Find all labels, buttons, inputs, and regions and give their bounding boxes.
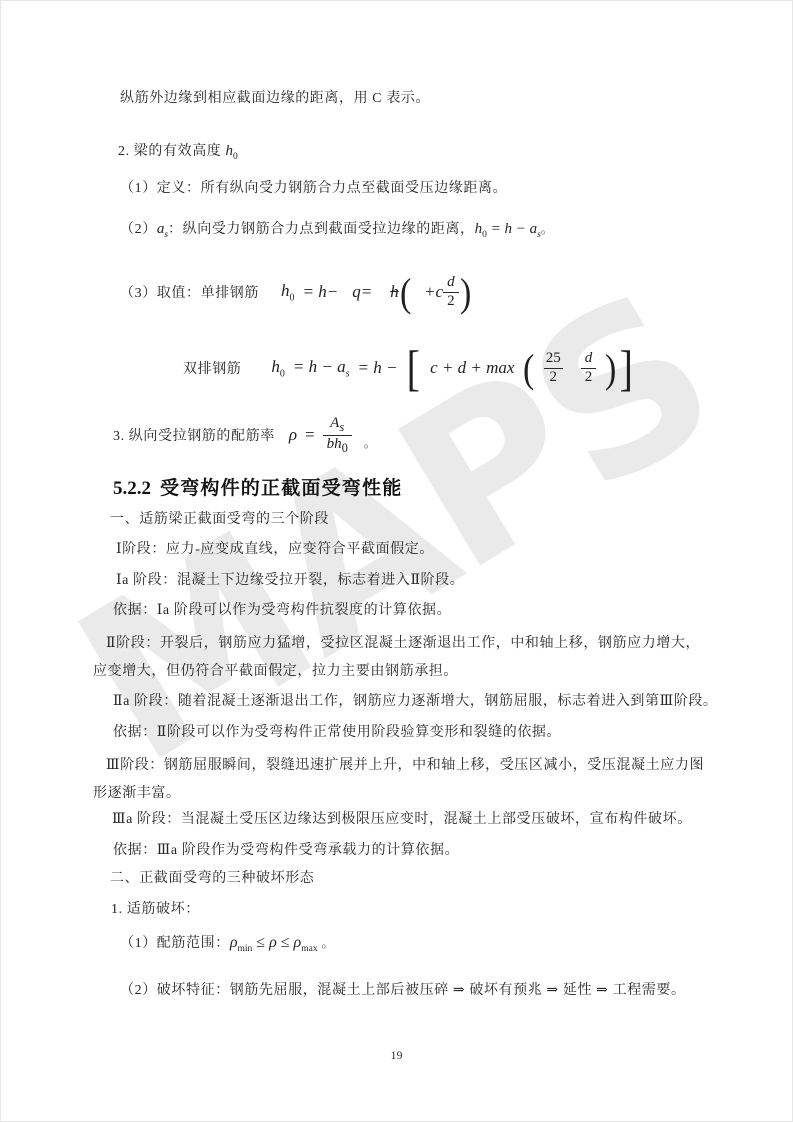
document-page: MAPS 纵筋外边缘到相应截面边缘的距离，用 C 表示。 2. 梁的有效高度 h…: [0, 0, 793, 1122]
paragraph-basis-3: 依据：Ⅲa 阶段作为受弯构件受弯承载力的计算依据。: [113, 841, 459, 861]
paragraph-stage-3a: Ⅲa 阶段：当混凝土受压区边缘达到极限压应变时，混凝土上部受压破坏，宣布构件破坏…: [112, 810, 692, 830]
paragraph-cover-distance: 纵筋外边缘到相应截面边缘的距离，用 C 表示。: [120, 89, 430, 109]
close-bracket: ]: [619, 339, 632, 397]
close-paren: ): [460, 269, 471, 316]
fraction-25-2: 252: [544, 350, 563, 386]
section-heading-5-2-2: 5.2.2受弯构件的正截面受弯性能: [113, 473, 402, 500]
paragraph-failure-mode-1: 1. 适筋破坏：: [111, 900, 200, 920]
paragraph-stage-1: Ⅰ阶段：应力-应变成直线，应变符合平截面假定。: [116, 540, 434, 560]
subsection-two-title: 二、正截面受弯的三种破坏形态: [110, 869, 314, 889]
page-number: 19: [0, 1048, 793, 1063]
subsection-one-title: 一、适筋梁正截面受弯的三个阶段: [110, 510, 329, 530]
open-bracket: [: [407, 339, 420, 397]
paragraph-as-distance: （2）as：纵向受力钢筋合力点到截面受拉边缘的距离，h0 = h − as。: [120, 218, 553, 246]
paragraph-failure-feature: （2）破坏特征：钢筋先屈服，混凝土上部后被压碎 ⇒ 破坏有预兆 ⇒ 延性 ⇒ 工…: [120, 981, 686, 1001]
paragraph-stage-3: Ⅲ阶段：钢筋屈服瞬间，裂缝迅速扩展并上升，中和轴上移，受压区减小，受压混凝土应力…: [93, 752, 705, 807]
paragraph-basis-2: 依据：Ⅱ阶段可以作为受弯构件正常使用阶段验算变形和裂缝的依据。: [113, 723, 561, 743]
close-paren: ): [605, 345, 616, 392]
paragraph-stage-2a: Ⅱa 阶段：随着混凝土逐渐退出工作，钢筋应力逐渐增大，钢筋屈服，标志着进入到第Ⅲ…: [113, 692, 718, 712]
fraction-d-2: d2: [581, 350, 597, 386]
fraction-As-bh0: Asbh0: [323, 415, 352, 455]
paragraph-stage-2: Ⅱ阶段：开裂后，钢筋应力猛增，受拉区混凝土逐渐退出工作，中和轴上移，钢筋应力增大…: [93, 630, 705, 685]
formula-double-row-rebar: 双排钢筋 h0 = h − as = h − [ c + d + max ( 2…: [183, 339, 634, 397]
fraction-d-2: d2: [443, 274, 459, 310]
paragraph-ratio-range: （1）配筋范围：ρmin ≤ ρ ≤ ρmax。: [120, 931, 334, 961]
formula-reinforcement-ratio: 3. 纵向受拉钢筋的配筋率 ρ = Asbh0 。: [113, 411, 376, 459]
paragraph-stage-1a: Ⅰa 阶段：混凝土下边缘受拉开裂，标志着进入Ⅱ阶段。: [116, 571, 464, 591]
open-paren: (: [400, 269, 411, 316]
formula-single-row-rebar: （3）取值：单排钢筋 h0 = h− q= h ( +c d2 ): [120, 266, 472, 318]
paragraph-basis-1: 依据：Ⅰa 阶段可以作为受弯构件抗裂度的计算依据。: [113, 601, 451, 621]
open-paren: (: [523, 345, 534, 392]
heading-effective-depth: 2. 梁的有效高度 h0: [118, 141, 238, 167]
paragraph-definition: （1）定义：所有纵向受力钢筋合力点至截面受压边缘距离。: [120, 179, 507, 199]
